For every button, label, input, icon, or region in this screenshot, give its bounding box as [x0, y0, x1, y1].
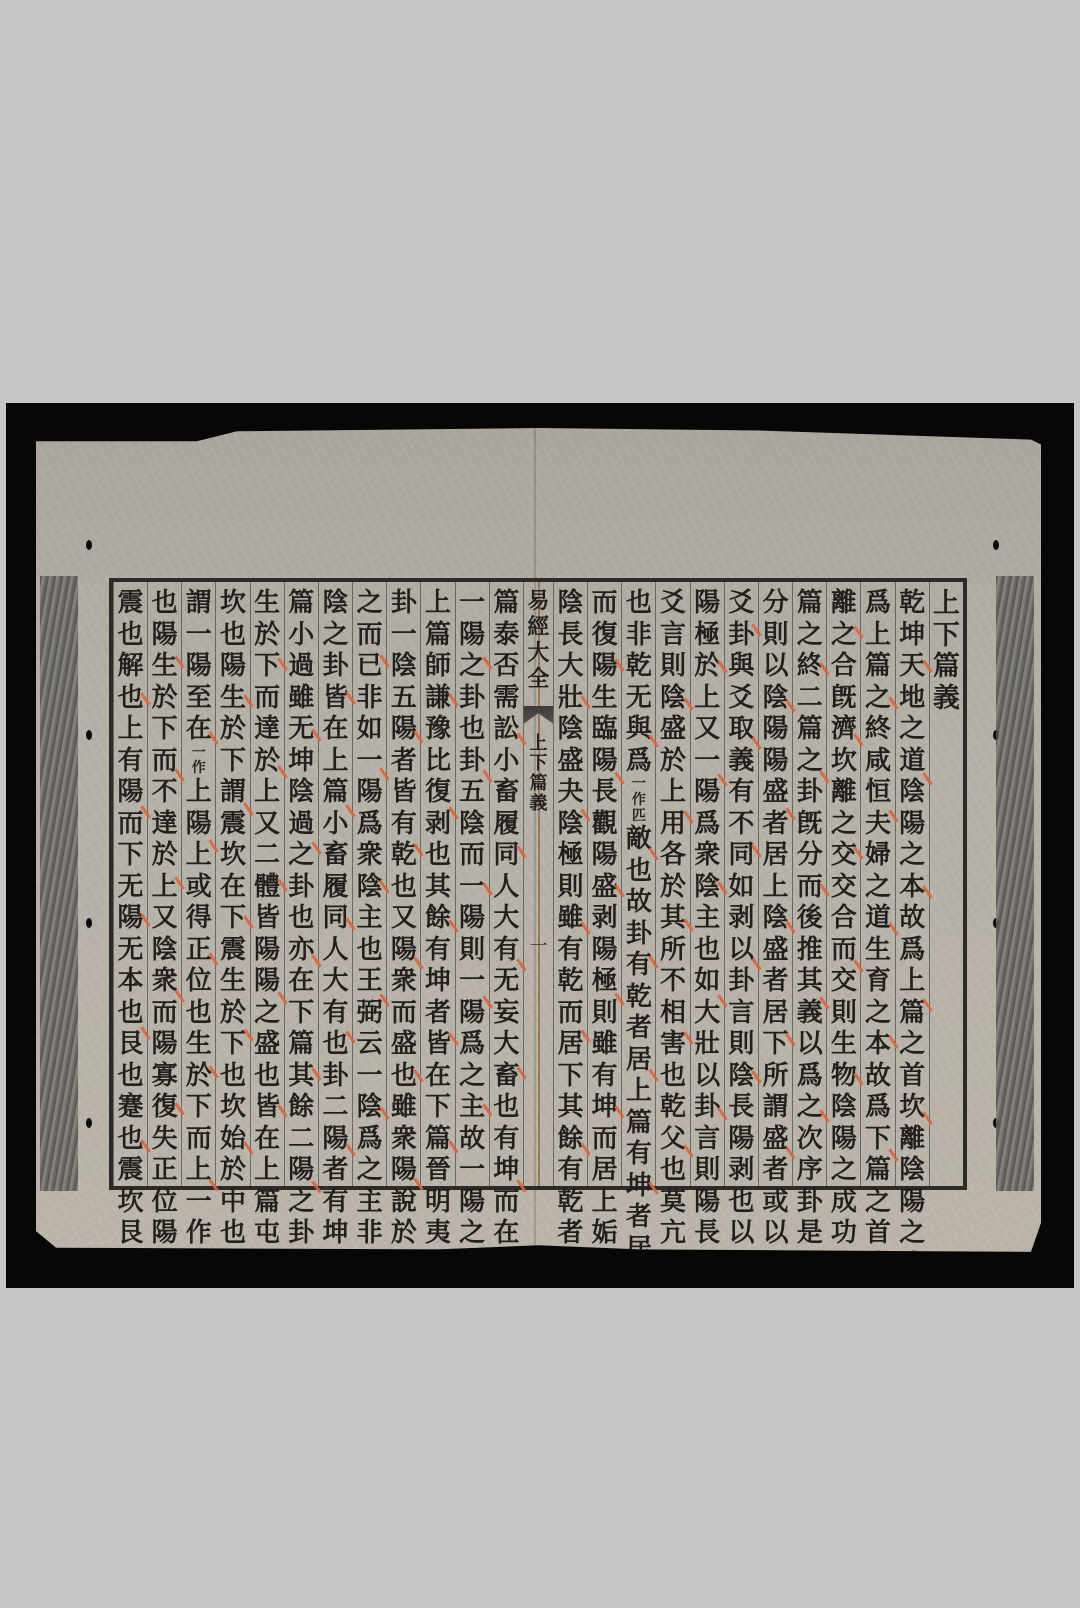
- character: 也: [423, 840, 453, 872]
- character: 陽: [457, 620, 487, 652]
- character: 无: [115, 935, 145, 967]
- character: 陽: [184, 809, 214, 841]
- character: 也: [184, 998, 214, 1030]
- character: 者: [423, 998, 453, 1030]
- character: 姤: [590, 1218, 620, 1250]
- character: 也: [795, 1250, 825, 1282]
- character: 畜: [491, 777, 521, 809]
- character: 之: [863, 872, 893, 904]
- character: 不: [726, 809, 756, 841]
- character: 一: [457, 588, 487, 620]
- character: 過: [286, 809, 316, 841]
- character: 亢: [658, 1218, 688, 1250]
- character: 生: [218, 966, 248, 998]
- character: 不: [150, 777, 180, 809]
- character: 有: [115, 746, 145, 778]
- character: 陽: [590, 651, 620, 683]
- character: 主: [355, 903, 385, 935]
- character: 陰: [726, 1061, 756, 1093]
- pin-hole: [86, 540, 92, 550]
- character: 以: [761, 1313, 791, 1345]
- character: 篇: [423, 620, 453, 652]
- character: 雖: [389, 1092, 419, 1124]
- character: 卦: [795, 777, 825, 809]
- character: 義: [726, 746, 756, 778]
- character: 艮: [115, 1218, 145, 1250]
- character: 履: [320, 872, 350, 904]
- character: 於: [252, 746, 282, 778]
- character: 一: [355, 746, 385, 778]
- character: 則: [692, 1155, 722, 1187]
- character: 陽: [692, 777, 722, 809]
- character: 下: [829, 1344, 859, 1376]
- pin-hole: [86, 730, 92, 740]
- character: 大: [491, 903, 521, 935]
- character: 篇: [624, 1297, 654, 1329]
- character: 義: [523, 794, 553, 814]
- character: 篇: [423, 1124, 453, 1156]
- character: 一: [355, 1313, 385, 1345]
- character: 生: [829, 1029, 859, 1061]
- character: 上: [184, 840, 214, 872]
- character: 之: [897, 1029, 927, 1061]
- character: 一: [184, 746, 214, 762]
- character: 之: [355, 588, 385, 620]
- character: 交: [829, 840, 859, 872]
- character: 恒: [863, 777, 893, 809]
- character: 坤: [897, 620, 927, 652]
- text-column: 震也解也上有陽而下无陽无本也艮也蹇也震坎艮以卦言: [113, 582, 147, 1186]
- character: 皆: [389, 777, 419, 809]
- character: 頤: [252, 1281, 282, 1313]
- pin-hole: [86, 1118, 92, 1128]
- character: 說: [389, 1187, 419, 1219]
- character: 故: [897, 903, 927, 935]
- character: 正: [150, 1155, 180, 1187]
- character: 陽: [761, 714, 791, 746]
- character: 之: [897, 840, 927, 872]
- character: 於: [658, 746, 688, 778]
- character: 生: [184, 1029, 214, 1061]
- character: 終: [863, 714, 893, 746]
- character: 盛: [761, 935, 791, 967]
- character: 下: [184, 1092, 214, 1124]
- character: 之: [863, 998, 893, 1030]
- character: 之: [897, 714, 927, 746]
- character: 无: [115, 872, 145, 904]
- character: 在: [491, 1218, 521, 1250]
- character: 爻: [658, 588, 688, 620]
- character: 也: [218, 1061, 248, 1093]
- character: 主: [692, 903, 722, 935]
- character: 達: [252, 714, 282, 746]
- character: 有: [389, 809, 419, 841]
- character: 下: [150, 714, 180, 746]
- character: 陰: [692, 872, 722, 904]
- character: 如: [355, 714, 385, 746]
- character: 篇: [795, 714, 825, 746]
- character: 言: [692, 1124, 722, 1156]
- character: 上: [556, 1313, 586, 1345]
- character: 陽: [320, 1124, 350, 1156]
- character: 乾: [658, 1092, 688, 1124]
- character: 而: [184, 1124, 214, 1156]
- character: 之: [286, 1187, 316, 1219]
- character: 毋: [658, 1313, 688, 1345]
- character: 長: [692, 1218, 722, 1250]
- character: 濟: [863, 1281, 893, 1313]
- character: 作: [184, 761, 214, 777]
- character: 又: [150, 903, 180, 935]
- character: 而: [491, 1187, 521, 1219]
- character: 上: [184, 777, 214, 809]
- character: 畜: [320, 840, 350, 872]
- character: 之: [320, 620, 350, 652]
- character: 大: [491, 1029, 521, 1061]
- character: 上: [115, 714, 145, 746]
- text-column: 陽極於上又一陽爲衆陰主也如大壯以卦言則陽長而壯以: [690, 582, 724, 1186]
- character: 之: [829, 809, 859, 841]
- character: 次: [795, 1124, 825, 1156]
- text-column: 篇小過雖无坤陰過之卦也亦在下篇其餘二陽之卦皆一陽: [284, 582, 318, 1186]
- character: 夫: [863, 809, 893, 841]
- character: 下: [523, 754, 553, 774]
- character: 離: [897, 1124, 927, 1156]
- character: 无: [624, 683, 654, 715]
- character: 陰: [829, 1092, 859, 1124]
- character: 云: [355, 1029, 385, 1061]
- character: 失: [150, 1124, 180, 1156]
- character: 達: [218, 1250, 248, 1282]
- character: 之: [795, 620, 825, 652]
- character: 在: [286, 966, 316, 998]
- character: 陰: [761, 683, 791, 715]
- character: 乾: [624, 982, 654, 1014]
- character: 之: [829, 620, 859, 652]
- character: 上: [523, 734, 553, 754]
- character: 又: [692, 714, 722, 746]
- text-column: 一陽之卦也卦五陰而一陽則一陽爲之主故一陽之卦皆在: [455, 582, 489, 1186]
- character: 雖: [286, 683, 316, 715]
- character: 訟: [491, 714, 521, 746]
- character: 一: [389, 1250, 419, 1282]
- character: 以: [795, 1029, 825, 1061]
- character: 也: [115, 683, 145, 715]
- character: 各: [658, 840, 688, 872]
- character: 篇: [286, 588, 316, 620]
- character: 陰: [355, 872, 385, 904]
- character: 坤: [624, 1171, 654, 1203]
- character: 震: [115, 1155, 145, 1187]
- character: 以: [761, 651, 791, 683]
- character: 於: [218, 1155, 248, 1187]
- character: 正: [184, 935, 214, 967]
- character: 與: [624, 714, 654, 746]
- character: 陽: [457, 998, 487, 1030]
- character: 豫: [423, 714, 453, 746]
- text-column: 之而已非如一陽爲衆陰主也王弼云一陰爲之主非也故一: [352, 582, 386, 1186]
- character: 陽: [457, 903, 487, 935]
- character: 生: [590, 1281, 620, 1313]
- character: 之: [457, 651, 487, 683]
- text-columns: 上下篇義 乾坤天地之道陰陽之本故爲上篇之首坎離陰陽之成質故 爲上篇之終咸恒夫婦之…: [113, 582, 963, 1186]
- character: 以: [115, 1250, 145, 1282]
- character: 夷: [423, 1218, 453, 1250]
- character: 易: [523, 588, 553, 614]
- character: 剥: [423, 809, 453, 841]
- character: 陽: [692, 588, 722, 620]
- character: 也: [624, 588, 654, 620]
- character: 居: [556, 1029, 586, 1061]
- character: 否: [491, 651, 521, 683]
- character: 者: [556, 1218, 586, 1250]
- character: 蹇: [115, 1092, 145, 1124]
- character: 於: [218, 714, 248, 746]
- character: 也: [457, 714, 487, 746]
- character: 衆: [692, 840, 722, 872]
- column-heading: 上下篇義: [929, 582, 963, 1186]
- character: 一: [286, 1281, 316, 1313]
- character: 爲: [863, 1092, 893, 1124]
- pin-hole: [993, 540, 999, 550]
- character: 坎: [218, 840, 248, 872]
- character: 之: [184, 1344, 214, 1376]
- character: 父: [658, 1124, 688, 1156]
- character: 在: [457, 1313, 487, 1345]
- character: 卦: [457, 683, 487, 715]
- character: 比: [423, 746, 453, 778]
- character: 篇: [286, 1029, 316, 1061]
- character: 二: [286, 1124, 316, 1156]
- text-column: 離之合旣濟坎離之交交合而交則生物陰陽之成功也故爲下: [826, 582, 860, 1186]
- character: 又: [389, 903, 419, 935]
- character: 泰: [491, 620, 521, 652]
- character: 坎: [829, 746, 859, 778]
- character: 上: [491, 1250, 521, 1282]
- character: 陰: [897, 1155, 927, 1187]
- character: 義: [931, 683, 961, 715]
- character: 長: [556, 620, 586, 652]
- character: 始: [218, 1124, 248, 1156]
- character: 也: [423, 1313, 453, 1345]
- character: 二: [795, 683, 825, 715]
- character: 皆: [457, 1281, 487, 1313]
- character: 下: [218, 746, 248, 778]
- character: 有: [423, 935, 453, 967]
- character: 於: [692, 651, 722, 683]
- character: 而: [590, 588, 620, 620]
- character: 爲: [863, 588, 893, 620]
- character: 下: [286, 998, 316, 1030]
- character: 陽: [897, 809, 927, 841]
- character: 剥: [726, 903, 756, 935]
- character: 則: [556, 872, 586, 904]
- character: 得: [184, 903, 214, 935]
- character: 所: [761, 1061, 791, 1093]
- character: 乾: [624, 651, 654, 683]
- character: 遯: [590, 1313, 620, 1345]
- character: 在: [252, 1124, 282, 1156]
- character: 坤: [423, 966, 453, 998]
- character: 取: [726, 714, 756, 746]
- character: 交: [829, 966, 859, 998]
- character: 卦: [286, 872, 316, 904]
- character: 主: [457, 1092, 487, 1124]
- character: 餘: [556, 1124, 586, 1156]
- character: 卦: [389, 588, 419, 620]
- character: 有: [491, 1124, 521, 1156]
- character: 以: [692, 1061, 722, 1093]
- section-title-small: 上下篇義: [523, 734, 553, 814]
- character: 非: [355, 683, 385, 715]
- character: 者: [761, 809, 791, 841]
- character: 於: [218, 998, 248, 1030]
- character: 盛: [389, 1029, 419, 1061]
- character: 者: [761, 1155, 791, 1187]
- character: 坎: [897, 1092, 927, 1124]
- character: 下: [320, 1313, 350, 1345]
- character: 也: [115, 1061, 145, 1093]
- character: 有: [726, 777, 756, 809]
- character: 一: [184, 620, 214, 652]
- character: 謂: [184, 588, 214, 620]
- character: 分: [761, 588, 791, 620]
- character: 又: [252, 809, 282, 841]
- character: 爲: [692, 809, 722, 841]
- text-column: 乾坤天地之道陰陽之本故爲上篇之首坎離陰陽之成質故: [895, 582, 929, 1186]
- character: 篇: [863, 651, 893, 683]
- character: 陰: [389, 1281, 419, 1313]
- character: 上: [590, 1187, 620, 1219]
- character: 有: [320, 998, 350, 1030]
- character: 莫: [658, 1187, 688, 1219]
- character: 居: [624, 1234, 654, 1266]
- character: 篇: [795, 588, 825, 620]
- character: 卦: [320, 1061, 350, 1093]
- character: 小: [491, 746, 521, 778]
- character: 乾: [556, 966, 586, 998]
- character: 育: [863, 966, 893, 998]
- character: 離: [829, 588, 859, 620]
- character: 不: [658, 966, 688, 998]
- character: 故: [355, 1281, 385, 1313]
- character: 下: [252, 651, 282, 683]
- character: 而: [355, 620, 385, 652]
- character: 而: [389, 998, 419, 1030]
- character: 皆: [252, 903, 282, 935]
- character: 畜: [491, 1061, 521, 1093]
- character: 居: [761, 998, 791, 1030]
- character: 則: [829, 998, 859, 1030]
- character: 雖: [556, 903, 586, 935]
- character: 上: [252, 1155, 282, 1187]
- character: 匹: [624, 809, 654, 825]
- character: 者: [624, 1202, 654, 1234]
- character: 陽: [726, 1124, 756, 1156]
- character: 屯: [252, 1218, 282, 1250]
- character: 則: [590, 998, 620, 1030]
- character: 如: [726, 872, 756, 904]
- character: 之: [150, 1250, 180, 1282]
- character: 地: [897, 683, 927, 715]
- character: 焉: [658, 1250, 688, 1282]
- character: 陽: [355, 777, 385, 809]
- character: 首: [897, 1061, 927, 1093]
- character: 篇: [252, 1187, 282, 1219]
- character: 也: [389, 1061, 419, 1093]
- character: 也: [355, 1250, 385, 1282]
- character: 極: [556, 840, 586, 872]
- character: 中: [218, 1187, 248, 1219]
- character: 乾: [897, 588, 927, 620]
- character: 篇: [863, 1155, 893, 1187]
- character: 也: [150, 588, 180, 620]
- character: 坎: [863, 1313, 893, 1345]
- character: 下: [423, 1092, 453, 1124]
- text-column: 坎也陽生於下謂震坎在下震生於下也坎始於中也達於上: [215, 582, 249, 1186]
- character: 一: [389, 620, 419, 652]
- character: 无: [491, 966, 521, 998]
- character: 至: [184, 683, 214, 715]
- character: 有: [624, 1139, 654, 1171]
- character: 而: [556, 998, 586, 1030]
- character: 也: [658, 1155, 688, 1187]
- character: 爲: [795, 1061, 825, 1093]
- character: 而: [252, 683, 282, 715]
- character: 晉: [423, 1155, 453, 1187]
- character: 故: [624, 887, 654, 919]
- character: 也: [218, 1218, 248, 1250]
- character: 人: [320, 935, 350, 967]
- character: 一: [457, 872, 487, 904]
- character: 有: [556, 935, 586, 967]
- character: 則: [761, 620, 791, 652]
- character: 蒙: [252, 1250, 282, 1282]
- character: 陰: [897, 777, 927, 809]
- character: 分: [795, 840, 825, 872]
- character: 卦: [320, 651, 350, 683]
- character: 一: [692, 746, 722, 778]
- character: 王: [355, 966, 385, 998]
- character: 五: [389, 683, 419, 715]
- character: 未: [863, 1250, 893, 1282]
- character: 者: [761, 966, 791, 998]
- character: 而: [115, 809, 145, 841]
- character: 坎: [218, 588, 248, 620]
- character: 陽: [761, 746, 791, 778]
- character: 者: [624, 1013, 654, 1045]
- character: 其: [423, 872, 453, 904]
- text-frame: 上下篇義 乾坤天地之道陰陽之本故爲上篇之首坎離陰陽之成質故 爲上篇之終咸恒夫婦之…: [109, 578, 967, 1190]
- character: 質: [897, 1281, 927, 1313]
- character: 居: [320, 1281, 350, 1313]
- character: 大: [320, 966, 350, 998]
- character: 故: [457, 1124, 487, 1156]
- character: 在: [218, 872, 248, 904]
- text-column: 分則以陰陽陽盛者居上陰盛者居下所謂盛者或以卦或以: [758, 582, 792, 1186]
- text-column: 陰之卦皆在上篇小畜履同人大有也卦二陽者有坤則居下: [318, 582, 352, 1186]
- text-column: 上篇師謙豫比復剥也其餘有坤者皆在下篇晉明夷萃升也: [420, 582, 454, 1186]
- paper-sheet: 上下篇義 乾坤天地之道陰陽之本故爲上篇之首坎離陰陽之成質故 爲上篇之終咸恒夫婦之…: [36, 428, 1041, 1256]
- right-binding-strip: [996, 576, 1034, 1191]
- character: 陰: [761, 903, 791, 935]
- character: 後: [795, 903, 825, 935]
- character: 言: [658, 620, 688, 652]
- character: 妄: [491, 998, 521, 1030]
- character: 上: [218, 1313, 248, 1345]
- character: 達: [150, 809, 180, 841]
- character: 主: [355, 1187, 385, 1219]
